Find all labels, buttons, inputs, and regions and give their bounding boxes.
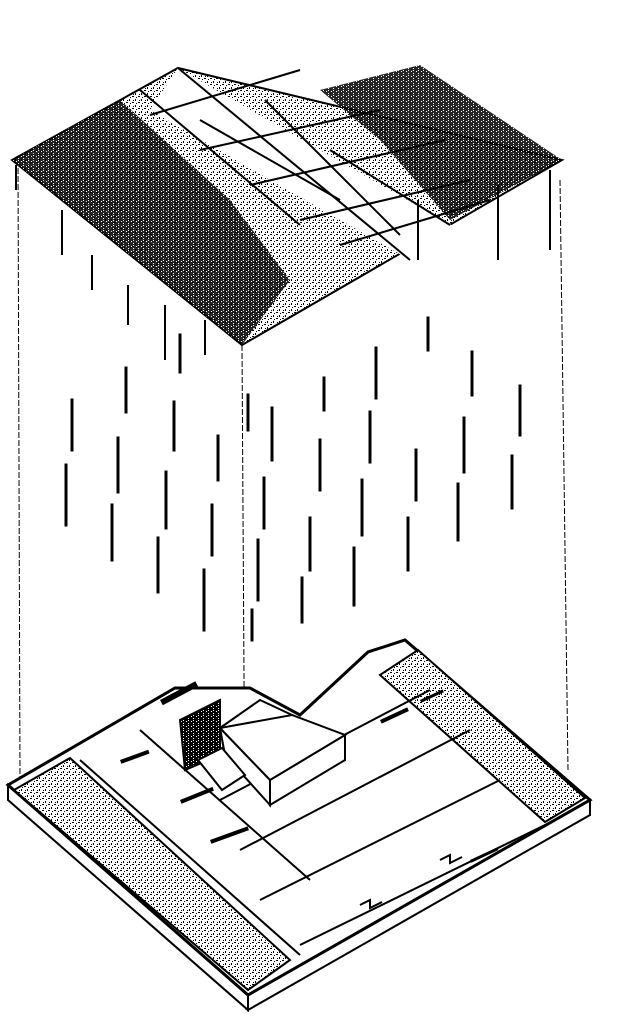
ground-platform (8, 640, 590, 1010)
isometric-illustration (0, 0, 632, 1032)
roof-grid (12, 65, 562, 360)
rain-strokes (66, 318, 520, 640)
